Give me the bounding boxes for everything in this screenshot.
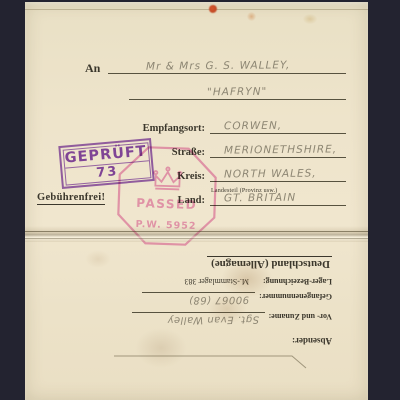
empfangsort-label: Empfangsort: [123,123,205,134]
sender-name-row: Vor- und Zuname: Sgt. Evan Walley [132,312,332,328]
addressee-handwriting: Mr & Mrs G. S. WALLEY, [146,59,290,73]
camp-row: Lager-Bezeichnung: M.-Stammlager 383 [185,277,332,286]
camp-value: M.-Stammlager 383 [185,277,249,286]
fold-line-lower [25,238,368,239]
scanned-pow-letter-photo: An Mr & Mrs G. S. WALLEY, "HAFRYN" Empfa… [0,0,400,400]
passed-stamp-word: PASSED [136,196,197,212]
stain-speck [303,14,317,24]
camp-label: Lager-Bezeichnung: [263,277,332,286]
absender-label: Absender: [292,336,332,346]
an-label: An [85,62,100,74]
stain-speck [247,12,256,21]
field-row-empfangsort: Empfangsort: CORWEN, [123,114,346,134]
top-fold-crease [25,9,368,10]
red-seal-dot [209,5,217,13]
free-postage-label: Gebührenfrei! [37,192,105,205]
house-name-handwriting: "HAFRYN" [207,86,267,99]
prisoner-number-row: Gefangenennummer: 90067 (68) [142,292,332,308]
name-label: Vor- und Zuname: [269,312,332,321]
addressee-row: An Mr & Mrs G. S. WALLEY, [85,52,346,74]
prisoner-number-handwriting: 90067 (68) [189,294,250,306]
strasse-value: MERIONETHSHIRE, [224,143,337,156]
letter-card: An Mr & Mrs G. S. WALLEY, "HAFRYN" Empfa… [25,2,368,400]
envelope-flap-crease [110,350,310,374]
sender-name-handwriting: Sgt. Evan Walley [167,314,259,326]
kreis-value: NORTH WALES, [224,168,317,181]
empfangsort-value: CORWEN, [224,120,282,133]
address-line2-row: "HAFRYN" [129,78,346,100]
sender-panel-rotated: Absender: Vor- und Zuname: Sgt. Evan Wal… [25,240,368,400]
country-heading: Deutschland (Allemagne) [207,256,332,270]
address-line2: "HAFRYN" [129,77,346,100]
prisoner-number-label: Gefangenennummer: [259,292,332,301]
crown-icon [154,167,182,190]
landesteil-subnote: Landesteil (Provinz usw.) [211,188,277,194]
addressee-line: Mr & Mrs G. S. WALLEY, [108,51,346,74]
fold-line-upper [25,231,368,232]
